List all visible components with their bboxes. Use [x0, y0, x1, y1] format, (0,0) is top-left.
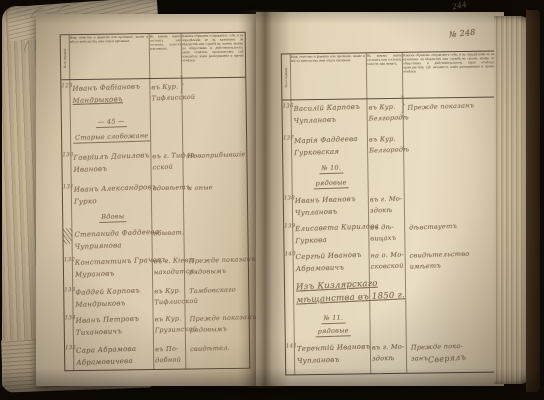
name-cell: Иванъ АлександровъГурко — [71, 180, 151, 211]
note-cell — [404, 190, 498, 219]
section-heading: Старые слобожане — [73, 131, 151, 143]
name-column-label: Имя, отчество и фамилія или прозваніе, з… — [290, 53, 366, 63]
name-cell: Фаддей КарповъМандрыковъ — [72, 283, 152, 312]
table-row: 134Иванъ ПетровъТихановичъвъ Кур.Грузинс… — [65, 310, 249, 343]
right-page-table: № по порядку. Имя, отчество и фамилія ил… — [281, 51, 502, 376]
note-line: имѣетъ — [410, 259, 499, 273]
status-line: находится — [154, 266, 184, 278]
register-book-photo: № по порядку. Имя, отчество и фамилія ил… — [0, 0, 544, 400]
row-number-cell — [63, 226, 71, 254]
handwritten-folio-number: № 248 — [449, 28, 476, 40]
status-cell: въ г. Мо-здокѣ — [370, 339, 406, 369]
row-number-cell: 134 — [65, 312, 73, 342]
status-line: Тифлисской — [154, 296, 184, 308]
status-line: Белгородѣ — [368, 112, 402, 124]
table-row: Изъ Кизлярскагомѣщанства въ 1850 г. — [285, 275, 500, 312]
name-cell: Вдовы — [71, 210, 151, 226]
status-column-label: Въ какомъ званіи состоитъ или состоялъ, … — [366, 53, 403, 67]
row-number: 130 — [62, 152, 73, 158]
name-cell: Елисавета КириловаГуркова — [292, 219, 368, 248]
left-page: № по порядку. Имя, отчество и фамилія ил… — [36, 14, 256, 386]
name-line: Абрамовичева — [76, 354, 153, 369]
status-cell — [150, 130, 182, 148]
name-cell: Иванъ ПетровъТихановичъ — [73, 311, 153, 342]
table-row: 137Марія ФаддееваГурковскаявъ Кур.Белгор… — [283, 130, 498, 163]
name-line: Гурко — [74, 193, 151, 208]
table-row: 129Иванъ ФабіановъМандрыковъвъ Кур.Тифли… — [61, 78, 245, 117]
note-line: Новоприбывшіе — [187, 149, 245, 162]
note-cell — [183, 209, 246, 225]
status-cell: въ Кур.Белгородѣ — [366, 99, 402, 131]
table-row: 130Гавріилъ ДаниловъИвановъвъ г. Тифли-с… — [62, 147, 246, 182]
row-number-cell — [62, 116, 70, 131]
name-cell: рядовые — [294, 324, 370, 340]
status-cell: въ Кур.Тифлисской — [152, 283, 184, 311]
status-cell — [367, 161, 403, 177]
status-cell: въ Кур.Тифлисской — [149, 79, 181, 115]
name-cell: — 45 — — [70, 115, 150, 131]
row-number: 132 — [64, 257, 75, 263]
brace-mark: } — [178, 74, 185, 98]
status-line: вицахъ — [370, 232, 404, 244]
section-heading: рядовые — [313, 178, 348, 189]
status-line: Грузинской — [155, 324, 185, 336]
status-cell: въ По-добной — [153, 341, 185, 370]
brace-mark: } — [399, 94, 406, 118]
name-cell: Степанида ФаддееваЧуприянова — [71, 225, 151, 254]
name-cell: Терентій ИвановъЧуплановъ — [294, 339, 370, 370]
status-cell: вдовѣетъ — [151, 180, 183, 210]
table-row: 139Елисавета КириловаГурковавъ дѣ-вицахъ… — [284, 217, 499, 248]
status-column-label: Въ какомъ званіи состоитъ или состоялъ, … — [149, 34, 182, 52]
section-heading: № 11. — [321, 313, 345, 324]
note-cell — [182, 114, 245, 130]
table-row: 132Константинъ ГрачевъМурановъвъ г. Кіев… — [64, 252, 248, 285]
name-line: Чуплановъ — [297, 353, 370, 368]
table-header: № по порядку. Имя, отчество и фамилія ил… — [61, 33, 246, 81]
status-cell — [367, 176, 403, 192]
name-line: Абрамовичъ — [296, 261, 369, 276]
name-cell: № 10. — [291, 161, 367, 177]
note-cell: }Прежде показанъ — [402, 98, 496, 131]
name-line: Мандрыковъ — [75, 296, 152, 311]
name-line: Ивановъ — [73, 161, 150, 176]
status-cell: въ г. Тифли-сской — [150, 148, 182, 180]
table-row: 141Терентій ИвановъЧуплановъвъ г. Мо-здо… — [286, 337, 501, 370]
name-cell: Гавріилъ ДаниловъИвановъ — [70, 148, 150, 181]
note-cell — [403, 130, 497, 161]
name-line: Гуркова — [295, 233, 368, 248]
row-number: 131 — [63, 184, 74, 190]
note-cell: } — [181, 78, 244, 115]
note-cell: дѣвствуетъ — [404, 218, 498, 247]
table-row: 135Сара АбрамоваАбрамовичевавъ По-добной… — [65, 340, 249, 372]
header-name-column: Имя, отчество и фамилія или прозваніе, з… — [69, 34, 150, 79]
header-status-column: Въ какомъ званіи состоитъ или состоялъ, … — [149, 34, 182, 78]
name-cell: рядовые — [291, 176, 367, 192]
name-cell: № 11. — [293, 311, 369, 325]
table-row: Степанида ФаддееваЧуприяноваобыват. — [63, 224, 247, 255]
status-line: добной — [155, 354, 185, 366]
name-line: Чуплановъ — [295, 205, 368, 220]
name-line: Чуприянова — [74, 238, 151, 253]
name-column-label: Имя, отчество и фамилія или прозваніе, з… — [69, 34, 149, 44]
status-line: сской — [152, 161, 182, 173]
header-note-column: Какимъ обрядомъ отправляетъ себя, и въ о… — [402, 52, 497, 98]
name-line: Тихановичъ — [76, 324, 153, 339]
status-line: обыват. — [153, 227, 183, 239]
name-cell: Марія ФаддееваГурковская — [291, 131, 367, 162]
name-cell: Сергѣй ИвановъАбрамовичъ — [292, 247, 368, 278]
status-line: здокѣ — [372, 352, 406, 364]
name-cell: Константинъ ГрачевъМурановъ — [72, 253, 152, 284]
name-line: Чуплановъ — [294, 113, 367, 128]
note-cell: и оные — [183, 179, 246, 210]
note-cell — [406, 323, 500, 339]
right-page: № 248 № по порядку. Имя, отчество и фами… — [256, 12, 504, 386]
row-number-cell — [63, 211, 71, 226]
header-note-column: Какимъ обрядомъ отправляетъ себя, и въ о… — [181, 33, 245, 78]
book-cover-edge — [526, 10, 540, 392]
status-line: здокѣ — [370, 204, 404, 216]
note-line: дѣвствуетъ — [409, 220, 498, 234]
name-cell: Изъ Кизлярскагомѣщанства въ 1850 г. — [293, 277, 369, 312]
status-cell — [369, 311, 405, 325]
name-line: Гурковская — [294, 145, 367, 160]
note-line: Прежде показанъ — [407, 100, 496, 114]
name-line: Мурановъ — [75, 266, 152, 281]
stacked-page-edges-right — [494, 16, 530, 384]
note-column-label: Какимъ обрядомъ отправляетъ себя, и въ о… — [181, 33, 245, 64]
header-name-column: Имя, отчество и фамилія или прозваніе, з… — [290, 53, 367, 99]
row-number-cell: 129 — [61, 80, 70, 116]
handwritten-corner-number: 244 — [451, 0, 468, 11]
status-line: Тифлисской — [151, 92, 181, 104]
note-cell — [405, 276, 499, 311]
status-cell: въ г. Кіевѣнаходится — [152, 253, 184, 283]
section-heading: — 45 — — [96, 117, 127, 128]
table-row: 136Василій КарповъЧуплановъвъ Кур.Белгор… — [282, 98, 497, 133]
note-cell: свидѣтельствоимѣетъ — [404, 246, 498, 277]
number-column-label: № по порядку. — [64, 48, 68, 68]
table-row: 133Фаддей КарповъМандрыковъвъ Кур.Тифлис… — [64, 282, 248, 313]
row-number: 133 — [64, 287, 75, 293]
section-heading: № 10. — [319, 163, 343, 174]
name-cell: Иванъ ФабіановъМандрыковъ — [69, 79, 149, 116]
note-cell — [403, 160, 497, 176]
row-number-cell: 132 — [64, 254, 72, 284]
row-number-cell: 135 — [65, 342, 73, 371]
name-cell: Сара АбрамоваАбрамовичева — [73, 341, 153, 371]
row-number-cell: 131 — [63, 181, 71, 211]
note-cell: Новоприбывшіе — [182, 147, 245, 180]
status-line: Белгородѣ — [369, 144, 403, 156]
name-cell: Старые слобожане — [70, 130, 150, 149]
row-number: 135 — [65, 345, 76, 351]
name-line: Мандрыковъ — [72, 92, 149, 107]
note-cell — [403, 175, 497, 191]
table-row: 138Иванъ ИвановъЧуплановъвъ г. Мо-здокѣ — [284, 190, 499, 221]
status-cell: на о. Мо-сковской — [368, 247, 404, 277]
status-cell — [370, 324, 406, 340]
status-cell: обыват. — [151, 225, 183, 253]
row-number-cell — [62, 131, 70, 149]
left-page-table: № по порядку. Имя, отчество и фамилія ил… — [60, 32, 251, 372]
book-gutter-shadow — [238, 10, 290, 388]
strikethrough-mark — [63, 228, 72, 244]
note-column-label: Какимъ обрядомъ отправляетъ себя, и въ о… — [402, 52, 496, 75]
section-heading: Вдовы — [99, 212, 126, 223]
table-row: 140Сергѣй ИвановъАбрамовичъна о. Мо-сков… — [284, 245, 499, 278]
status-line: сковской — [371, 260, 405, 272]
row-number-cell: 133 — [64, 284, 72, 312]
name-cell: Василій КарповъЧуплановъ — [290, 99, 366, 132]
status-cell: въ дѣ-вицахъ — [368, 219, 404, 247]
status-cell: въ г. Мо-здокѣ — [368, 191, 404, 219]
section-heading-large: мѣщанства въ 1850 г. — [296, 291, 370, 308]
note-cell — [405, 310, 499, 324]
status-cell — [151, 210, 183, 225]
table-row: 131Иванъ АлександровъГурковдовѣетъи оные — [63, 179, 247, 212]
header-status-column: Въ какомъ званіи состоитъ или состоялъ, … — [366, 53, 403, 98]
status-cell — [150, 115, 182, 130]
note-cell — [182, 129, 245, 148]
name-cell: Иванъ ИвановъЧуплановъ — [292, 191, 368, 220]
status-cell: въ Кур.Белгородѣ — [367, 131, 403, 161]
status-line: вдовѣетъ — [153, 182, 183, 194]
right-table-rows: 136Василій КарповъЧуплановъвъ Кур.Белгор… — [282, 98, 501, 371]
status-cell: въ Кур.Грузинской — [153, 311, 185, 341]
row-number: 134 — [65, 315, 76, 321]
table-header: № по порядку. Имя, отчество и фамилія ил… — [282, 52, 498, 101]
left-table-rows: 129Иванъ ФабіановъМандрыковъвъ Кур.Тифли… — [61, 78, 249, 372]
section-heading: рядовые — [315, 326, 350, 337]
row-number: 129 — [61, 83, 72, 89]
row-number-cell: 130 — [62, 149, 70, 181]
